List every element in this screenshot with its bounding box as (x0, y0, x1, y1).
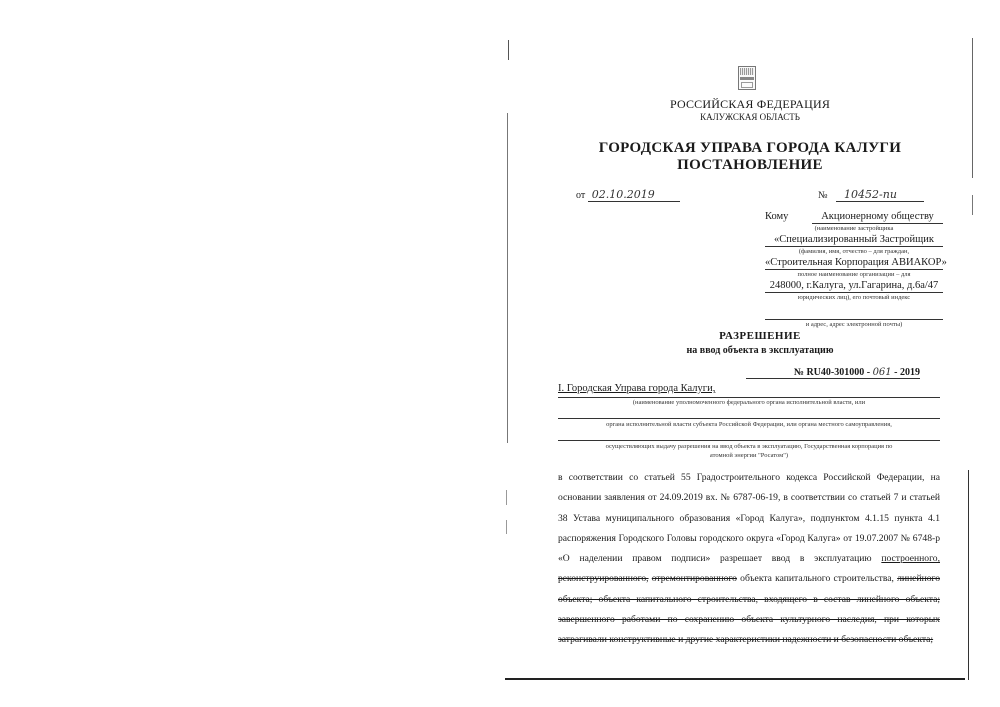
recipient-label: Кому (765, 211, 788, 222)
form-rule (558, 397, 940, 398)
scan-margin-line (506, 490, 507, 505)
recipient-caption-1: (наименование застройщика (765, 224, 943, 234)
recipient-line-2: «Специализированный Застройщик (765, 234, 943, 247)
body-reconstructed: реконструированного, (558, 573, 649, 584)
permit-number: № RU40-301000 - 061 - 2019 (746, 367, 920, 379)
permit-body-text: в соответствии со статьей 55 Градостроит… (558, 468, 940, 651)
recipient-caption-5: и адрес, адрес электронной почты) (765, 320, 943, 330)
decree-number: № 10452-пи (818, 188, 924, 202)
scan-margin-line (972, 195, 973, 215)
country-name: РОССИЙСКАЯ ФЕДЕРАЦИЯ (620, 97, 880, 112)
coat-of-arms-icon (738, 66, 756, 90)
permit-subtitle: на ввод объекта в эксплуатацию (640, 345, 880, 356)
scan-margin-line (972, 38, 973, 178)
date-value: 02.10.2019 (588, 188, 680, 202)
scan-frame-right (968, 470, 969, 680)
scan-margin-line (508, 40, 509, 60)
number-value: 10452-пи (836, 188, 924, 202)
scan-frame-bottom (505, 678, 965, 680)
region-name: КАЛУЖСКАЯ ОБЛАСТЬ (620, 112, 880, 122)
recipient-line-4: 248000, г.Калуга, ул.Гагарина, д.6а/47 (765, 280, 943, 293)
recipient-line-5 (765, 307, 943, 320)
document-type: ПОСТАНОВЛЕНИЕ (560, 157, 940, 174)
date-label: от (576, 190, 585, 201)
issuer-caption-3b: атомной энергии "Росатом") (558, 452, 940, 459)
permit-title: РАЗРЕШЕНИЕ (640, 330, 880, 342)
recipient-details: (наименование застройщика «Специализиров… (765, 224, 943, 330)
recipient-block: Акционерному обществу (812, 211, 943, 224)
form-rule (558, 418, 940, 419)
recipient-line-3: «Строительная Корпорация АВИАКОР» (765, 257, 943, 270)
issuer-caption-1: (наименование уполномоченного федерально… (558, 399, 940, 406)
body-main: в соответствии со статьей 55 Градостроит… (558, 472, 940, 564)
recipient-caption-2: (фамилия, имя, отчество – для граждан, (765, 247, 943, 257)
permit-number-prefix: № RU40-301000 - (794, 367, 870, 378)
recipient-caption-4: юридических лиц), его почтовый индекс (765, 293, 943, 303)
recipient-caption-3: полное наименование организации – для (765, 270, 943, 280)
body-object: объекта капитального строительства, (737, 573, 897, 584)
issuer-caption-2: органа исполнительной власти субъекта Ро… (558, 421, 940, 428)
number-label: № (818, 190, 828, 201)
scan-margin-line (506, 520, 507, 534)
authority-title: ГОРОДСКАЯ УПРАВА ГОРОДА КАЛУГИ (560, 140, 940, 157)
section-1-issuer: I. Городская Управа города Калуги, (558, 383, 715, 394)
issuer-caption-3a: осуществляющих выдачу разрешения на ввод… (558, 443, 940, 450)
body-repaired: отремонтированного (652, 573, 737, 584)
permit-number-suffix: - 2019 (894, 367, 920, 378)
decree-date: от 02.10.2019 (576, 188, 680, 202)
form-rule (558, 440, 940, 441)
permit-number-handwritten: 061 (873, 367, 892, 378)
issuer-name: I. Городская Управа города Калуги, (558, 383, 715, 394)
body-built: построенного, (881, 553, 940, 564)
recipient-line-1: Акционерному обществу (812, 211, 943, 224)
scan-margin-line (507, 113, 508, 443)
